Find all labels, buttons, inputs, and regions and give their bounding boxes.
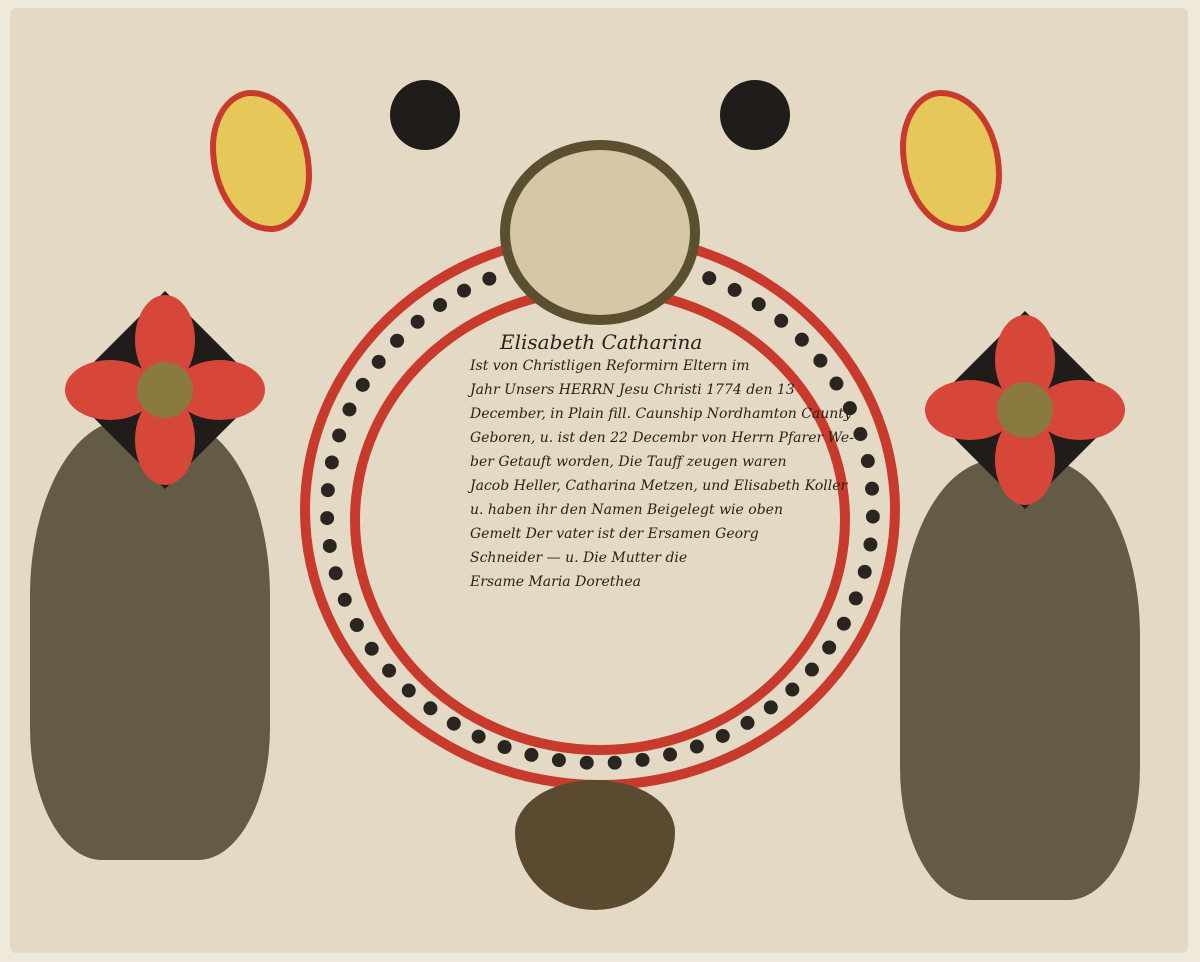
inscription-line: December, in Plain fill. Caunship Nordha…	[470, 402, 810, 426]
child-name: Elisabeth Catharina	[500, 330, 810, 354]
right-angel	[700, 30, 940, 230]
inscription-line: u. haben ihr den Namen Beigelegt wie obe…	[470, 498, 810, 522]
inscription-line: Gemelt Der vater ist der Ersamen Georg	[470, 522, 810, 546]
left-angel	[190, 30, 430, 230]
inscription-line: Jacob Heller, Catharina Metzen, und Elis…	[470, 474, 810, 498]
inscription-line: Jahr Unsers HERRN Jesu Christi 1774 den …	[470, 378, 810, 402]
right-star-flower	[925, 310, 1125, 510]
inscription-line: Geboren, u. ist den 22 Decembr von Herrn…	[470, 426, 810, 450]
inscription-text: Elisabeth Catharina Ist von Christligen …	[470, 330, 810, 594]
right-foliage-tree	[900, 460, 1140, 900]
inscription-line: Schneider — u. Die Mutter die	[470, 546, 810, 570]
left-star-flower	[65, 290, 265, 490]
inscription-line: Ist von Christligen Reformirn Eltern im	[470, 354, 810, 378]
top-medallion	[500, 140, 700, 325]
inscription-line: Ersame Maria Dorethea	[470, 570, 810, 594]
inscription-line: ber Getauft worden, Die Tauff zeugen war…	[470, 450, 810, 474]
